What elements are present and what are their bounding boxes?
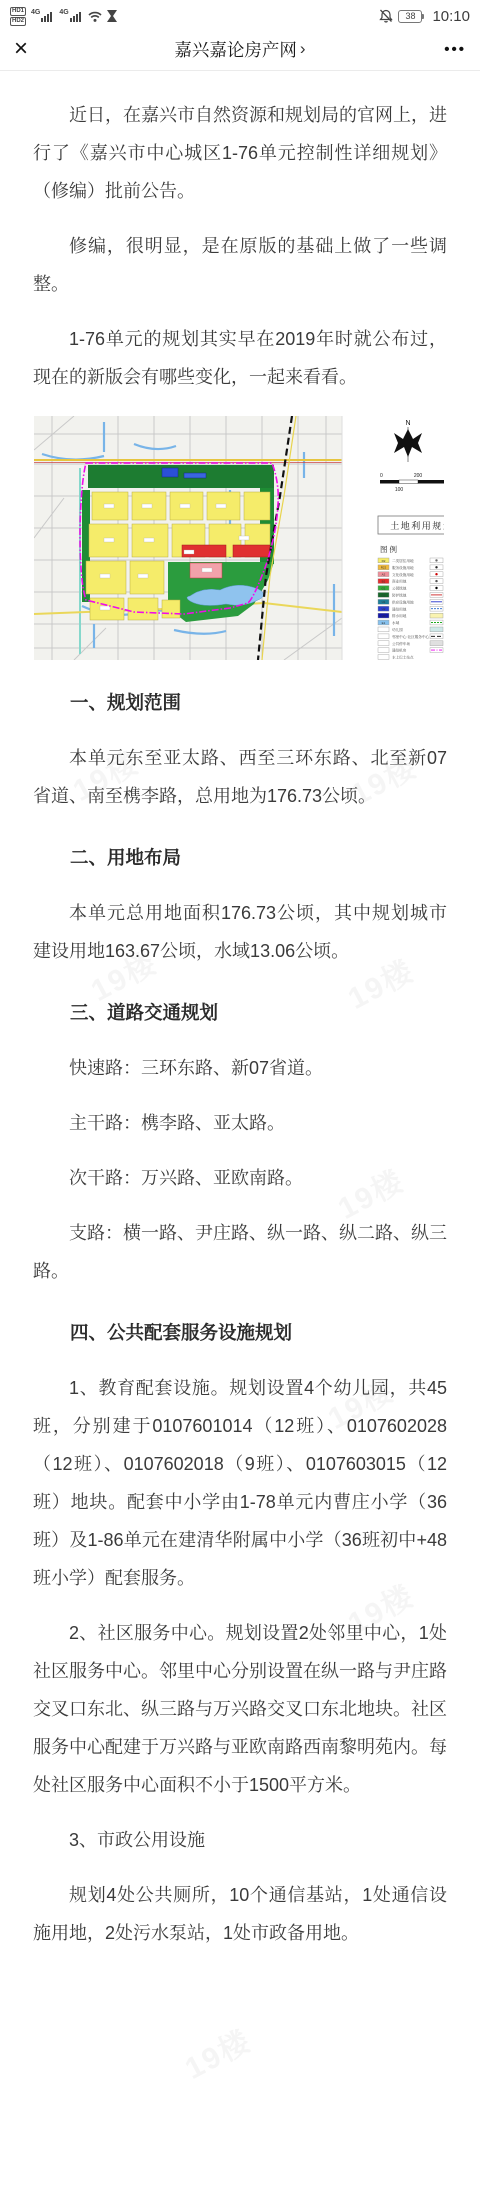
section-heading: 一、规划范围	[33, 684, 447, 722]
bell-muted-icon	[379, 9, 393, 23]
nav-bar: × 嘉兴嘉论房产网 › •••	[0, 28, 480, 70]
svg-text:二类居住用地: 二类居住用地	[392, 558, 414, 563]
legend-item: 通信基站	[430, 579, 444, 584]
signal-bars-icon	[41, 10, 54, 22]
legend-item: 220KV电力线	[430, 599, 444, 604]
legend-item: U3排水用地	[378, 613, 407, 618]
hd1-badge: HD1	[10, 7, 26, 16]
hd2-badge: HD2	[10, 17, 26, 26]
watermark: 19楼	[176, 2016, 258, 2087]
svg-text:公园绿地: 公园绿地	[392, 586, 407, 591]
page-title[interactable]: 嘉兴嘉论房产网 ›	[174, 37, 305, 62]
legend-item: B1商业用地	[378, 579, 407, 584]
legend-item: 公共停车场	[378, 641, 410, 646]
legend-item: 驿站	[430, 558, 444, 563]
paragraph: 快速路：三环东路、新07省道。	[33, 1049, 447, 1087]
legend-item: 邻里中心·社区服务中心	[378, 634, 430, 639]
paragraph: 规划4处公共厕所，10个通信基站，1处通信设施用地，2处污水泵站，1处市政备用地…	[33, 1876, 447, 1952]
signal-sim2: 4G	[59, 10, 82, 22]
legend-item: 道路	[430, 641, 444, 646]
network-type-label: 4G	[59, 9, 68, 16]
svg-text:文化设施用地: 文化设施用地	[392, 572, 414, 577]
legend-item: R2二类居住用地	[378, 558, 414, 563]
paragraph: 3、市政公用设施	[33, 1821, 447, 1859]
svg-text:排水用地: 排水用地	[392, 613, 407, 618]
account-name: 嘉兴嘉论房产网	[174, 37, 297, 62]
planning-map-svg: N 0 200 100 500m 土地利用规划图 图例 R2二类居住用地R22服…	[34, 416, 444, 660]
svg-text:服务设施用地: 服务设施用地	[392, 565, 414, 570]
map-title: 土地利用规划图	[390, 520, 444, 531]
legend-item: U1供应设施用地	[378, 599, 414, 604]
section-heading: 二、用地布局	[33, 839, 447, 877]
svg-text:G1: G1	[381, 586, 385, 590]
svg-text:邻里中心·社区服务中心: 邻里中心·社区服务中心	[392, 634, 430, 639]
status-right-icons: 38 10:10	[379, 8, 470, 25]
paragraph: 2、社区服务中心。规划设置2处邻里中心，1处社区服务中心。邻里中心分别设置在纵一…	[33, 1614, 447, 1804]
paragraph: 本单元总用地面积176.73公顷，其中规划城市建设用地163.67公顷，水域13…	[33, 894, 447, 970]
chevron-right-icon: ›	[300, 39, 306, 59]
legend-item: 110KV电力线	[430, 593, 444, 598]
legend-item: 轨道交通（在建）	[430, 634, 444, 639]
clock: 10:10	[432, 8, 470, 25]
svg-text:U2: U2	[382, 607, 386, 611]
svg-text:防护绿地: 防护绿地	[392, 593, 407, 598]
legend-item: 规划范围	[430, 648, 444, 653]
svg-text:G2: G2	[381, 593, 385, 597]
svg-text:B1: B1	[382, 580, 386, 584]
more-menu-icon[interactable]: •••	[444, 41, 466, 58]
legend-header: 图例	[380, 544, 399, 554]
legend-item: E1水域	[378, 620, 400, 625]
map-title-box: 土地利用规划图	[378, 516, 444, 534]
legend-item: 绿化绿线	[430, 620, 444, 625]
paragraph: 修编，很明显，是在原版的基础上做了一些调整。	[33, 227, 447, 303]
scale-0: 0	[380, 473, 383, 479]
svg-text:水上巴士站点: 水上巴士站点	[392, 655, 414, 660]
svg-text:幼儿园: 幼儿园	[392, 627, 403, 632]
status-left-icons: HD1 HD2 4G 4G	[10, 7, 117, 26]
network-type-label: 4G	[31, 9, 40, 16]
svg-text:R2: R2	[382, 559, 386, 563]
legend-item: 公共厕所	[430, 572, 444, 577]
legend-item: A2文化设施用地	[378, 572, 414, 577]
svg-text:R22: R22	[381, 566, 387, 570]
hd-badges: HD1 HD2	[10, 7, 26, 26]
legend-item: G1公园绿地	[378, 586, 407, 591]
paragraph: 次干路：万兴路、亚欧南路。	[33, 1159, 447, 1197]
wifi-icon	[88, 11, 102, 22]
legend-item: R22服务设施用地	[378, 565, 414, 570]
signal-sim1: 4G	[31, 10, 54, 22]
legend-item: 水上巴士站点	[378, 655, 414, 660]
legend-item: 通信机房	[378, 648, 407, 653]
legend-item: 公交站	[430, 565, 444, 570]
north-label: N	[405, 420, 410, 427]
svg-text:E1: E1	[382, 621, 386, 625]
svg-text:通信机房: 通信机房	[392, 648, 407, 653]
svg-text:水域: 水域	[392, 620, 400, 625]
scale-200: 200	[414, 473, 423, 479]
battery-percent: 38	[398, 10, 422, 23]
legend-item: U2通信用地	[378, 606, 407, 611]
paragraph: 1、教育配套设施。规划设置4个幼儿园，共45班，分别建于0107601014（1…	[33, 1369, 447, 1597]
status-bar: HD1 HD2 4G 4G	[0, 0, 480, 28]
svg-text:公共停车场: 公共停车场	[392, 641, 410, 646]
scale-100: 100	[395, 487, 404, 493]
section-heading: 四、公共配套服务设施规划	[33, 1314, 447, 1352]
paragraph: 1-76单元的规划其实早在2019年时就公布过，现在的新版会有哪些变化，一起来看…	[33, 320, 447, 396]
battery-tip	[422, 14, 424, 19]
svg-text:商业用地: 商业用地	[392, 579, 407, 584]
svg-text:U1: U1	[382, 600, 386, 604]
svg-text:供应设施用地: 供应设施用地	[392, 599, 414, 604]
signal-bars-icon	[70, 10, 83, 22]
paragraph: 本单元东至亚太路、西至三环东路、北至新07省道、南至槜李路，总用地为176.73…	[33, 739, 447, 815]
article-body: 近日，在嘉兴市自然资源和规划局的官网上，进行了《嘉兴市中心城区1-76单元控制性…	[0, 71, 480, 1952]
paragraph: 主干路：槜李路、亚太路。	[33, 1104, 447, 1142]
legend-item: 快速路高架	[430, 627, 444, 632]
legend-item: 水系蓝线	[430, 606, 444, 611]
battery-indicator: 38	[398, 10, 424, 23]
legend-item: 市政设施黄线	[430, 613, 444, 618]
svg-text:通信用地: 通信用地	[392, 606, 407, 611]
paragraph: 近日，在嘉兴市自然资源和规划局的官网上，进行了《嘉兴市中心城区1-76单元控制性…	[33, 96, 447, 210]
svg-text:A2: A2	[382, 573, 386, 577]
hourglass-icon	[107, 10, 117, 22]
legend-item: G2防护绿地	[378, 593, 407, 598]
land-use-planning-map[interactable]: N 0 200 100 500m 土地利用规划图 图例 R2二类居住用地R22服…	[34, 416, 444, 660]
svg-text:U3: U3	[382, 614, 386, 618]
legend-item: 泵站	[430, 586, 444, 591]
section-heading: 三、道路交通规划	[33, 994, 447, 1032]
paragraph: 支路：横一路、尹庄路、纵一路、纵二路、纵三路。	[33, 1214, 447, 1290]
close-icon[interactable]: ×	[14, 37, 28, 61]
